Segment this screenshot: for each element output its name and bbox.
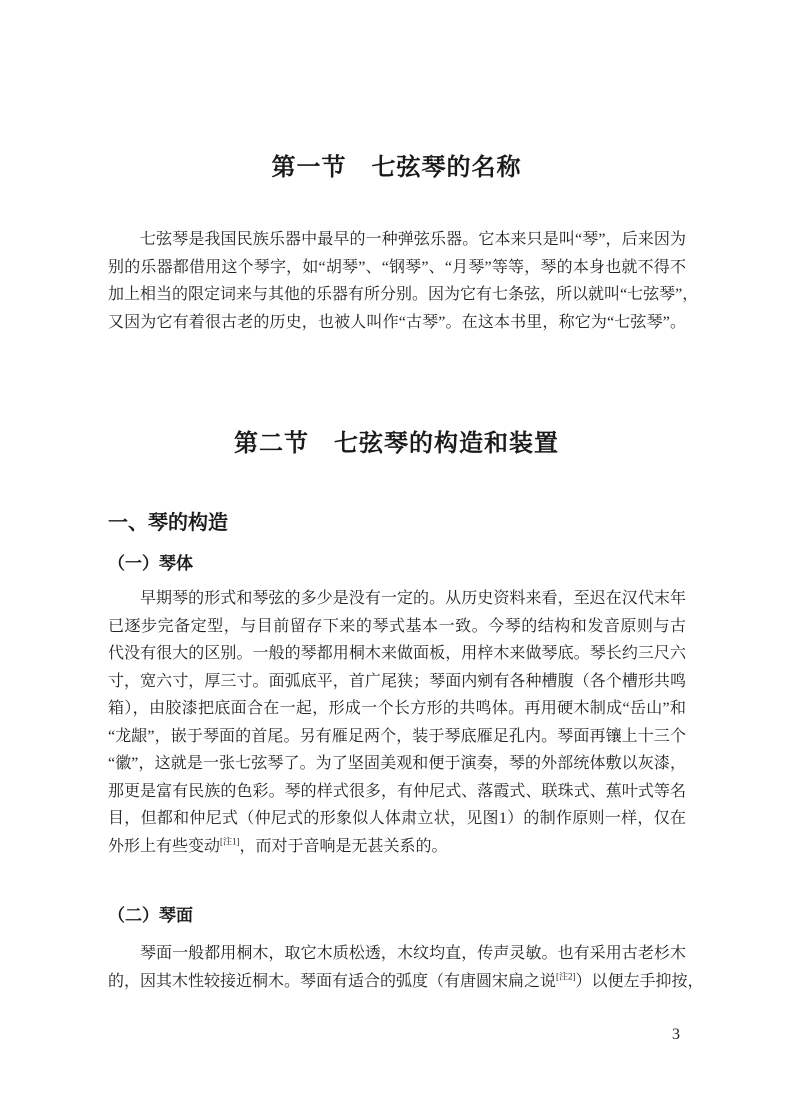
text-line: 琴面一般都用桐木，取它木质松透，木纹均直，传声灵敏。也有采用古老杉木 — [108, 940, 686, 968]
text-line: 七弦琴是我国民族乐器中最早的一种弹弦乐器。它本来只是叫“琴”，后来因为 — [108, 226, 686, 254]
sub-heading-qin-body: （一）琴体 — [108, 549, 193, 574]
text-line: 外形上有些变动[注1]，而对于音响是无甚关系的。 — [108, 833, 686, 861]
text-line: 寸，宽六寸，厚三寸。面弧底平，首广尾狭；琴面内剜有各种槽腹（各个槽形共鸣 — [108, 668, 686, 696]
page-number: 3 — [560, 1026, 680, 1044]
part-heading-qin-structure: 一、琴的构造 — [108, 506, 228, 535]
text-line: 目，但都和仲尼式（仲尼式的形象似人体肃立状，见图1）的制作原则一样，仅在 — [108, 805, 686, 833]
text-line: “龙龈”，嵌于琴面的首尾。另有雁足两个，装于琴底雁足孔内。琴面再镶上十三个 — [108, 723, 686, 751]
text-line: 已逐步完备定型，与目前留存下来的琴式基本一致。今琴的结构和发音原则与古 — [108, 613, 686, 641]
section-1-title: 第一节 七弦琴的名称 — [0, 147, 793, 182]
footnote-ref: [注1] — [220, 836, 240, 846]
section-2-title: 第二节 七弦琴的构造和装置 — [0, 423, 793, 458]
text-line: 箱），由胶漆把底面合在一起，形成一个长方形的共鸣体。再用硬木制成“岳山”和 — [108, 695, 686, 723]
sub-heading-qin-surface: （二）琴面 — [108, 901, 193, 926]
text-line: “徽”，这就是一张七弦琴了。为了坚固美观和便于演奏，琴的外部统体敷以灰漆， — [108, 750, 686, 778]
text-line: 加上相当的限定词来与其他的乐器有所分别。因为它有七条弦，所以就叫“七弦琴”， — [108, 281, 686, 309]
text-line: 代没有很大的区别。一般的琴都用桐木来做面板，用梓木来做琴底。琴长约三尺六 — [108, 640, 686, 668]
section-1-paragraph: 七弦琴是我国民族乐器中最早的一种弹弦乐器。它本来只是叫“琴”，后来因为别的乐器都… — [108, 226, 686, 336]
qin-surface-paragraph: 琴面一般都用桐木，取它木质松透，木纹均直，传声灵敏。也有采用古老杉木的，因其木性… — [108, 940, 686, 995]
text-line: 早期琴的形式和琴弦的多少是没有一定的。从历史资料来看，至迟在汉代末年 — [108, 585, 686, 613]
text-line: 别的乐器都借用这个琴字，如“胡琴”、“钢琴”、“月琴”等等，琴的本身也就不得不 — [108, 254, 686, 282]
text-line: 的，因其木性较接近桐木。琴面有适合的弧度（有唐圆宋扁之说[注2]）以便左手抑按， — [108, 968, 686, 996]
footnote-ref: [注2] — [556, 971, 576, 981]
text-line: 又因为它有着很古老的历史，也被人叫作“古琴”。在这本书里，称它为“七弦琴”。 — [108, 309, 686, 337]
text-line: 那更是富有民族的色彩。琴的样式很多，有仲尼式、落霞式、联珠式、蕉叶式等名 — [108, 778, 686, 806]
book-page: { "document": { "page_number": "3", "sec… — [0, 0, 793, 1109]
qin-body-paragraph: 早期琴的形式和琴弦的多少是没有一定的。从历史资料来看，至迟在汉代末年已逐步完备定… — [108, 585, 686, 860]
